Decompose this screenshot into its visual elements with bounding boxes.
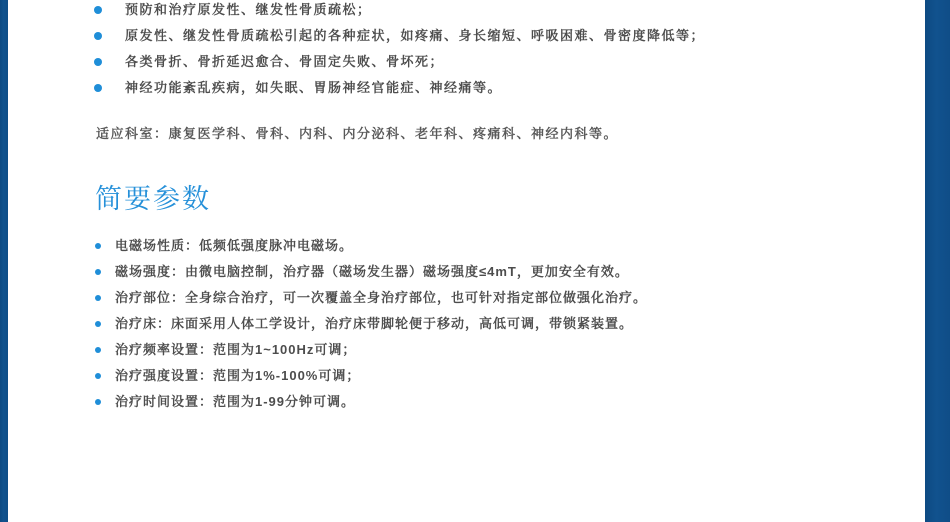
- list-item: 神经功能紊乱疾病，如失眠、胃肠神经官能症、神经痛等。: [94, 75, 910, 101]
- list-item: 治疗部位：全身综合治疗，可一次覆盖全身治疗部位，也可针对指定部位做强化治疗。: [94, 285, 910, 311]
- list-item: 原发性、继发性骨质疏松引起的各种症状，如疼痛、身长缩短、呼吸困难、骨密度降低等；: [94, 23, 910, 49]
- list-item: 各类骨折、骨折延迟愈合、骨固定失败、骨坏死；: [94, 49, 910, 75]
- list-item: 治疗床：床面采用人体工学设计，治疗床带脚轮便于移动，高低可调，带锁紧装置。: [94, 311, 910, 337]
- list-item: 电磁场性质：低频低强度脉冲电磁场。: [94, 233, 910, 259]
- list-item: 预防和治疗原发性、继发性骨质疏松；: [94, 0, 910, 23]
- list-item: 磁场强度：由微电脑控制，治疗器（磁场发生器）磁场强度≤4mT，更加安全有效。: [94, 259, 910, 285]
- right-blue-border: [925, 0, 950, 522]
- parameter-list: 电磁场性质：低频低强度脉冲电磁场。磁场强度：由微电脑控制，治疗器（磁场发生器）磁…: [94, 233, 910, 415]
- list-item: 治疗强度设置：范围为1%-100%可调；: [94, 363, 910, 389]
- brief-parameters-title: 简要参数: [95, 184, 211, 214]
- list-item: 治疗频率设置：范围为1~100Hz可调；: [94, 337, 910, 363]
- left-blue-border: [0, 0, 8, 522]
- list-item: 治疗时间设置：范围为1-99分钟可调。: [94, 389, 910, 415]
- indication-list: 预防和治疗原发性、继发性骨质疏松；原发性、继发性骨质疏松引起的各种症状，如疼痛、…: [94, 0, 910, 101]
- product-description-page: 预防和治疗原发性、继发性骨质疏松；原发性、继发性骨质疏松引起的各种症状，如疼痛、…: [0, 0, 950, 522]
- applicable-departments-text: 适应科室：康复医学科、骨科、内科、内分泌科、老年科、疼痛科、神经内科等。: [96, 123, 618, 142]
